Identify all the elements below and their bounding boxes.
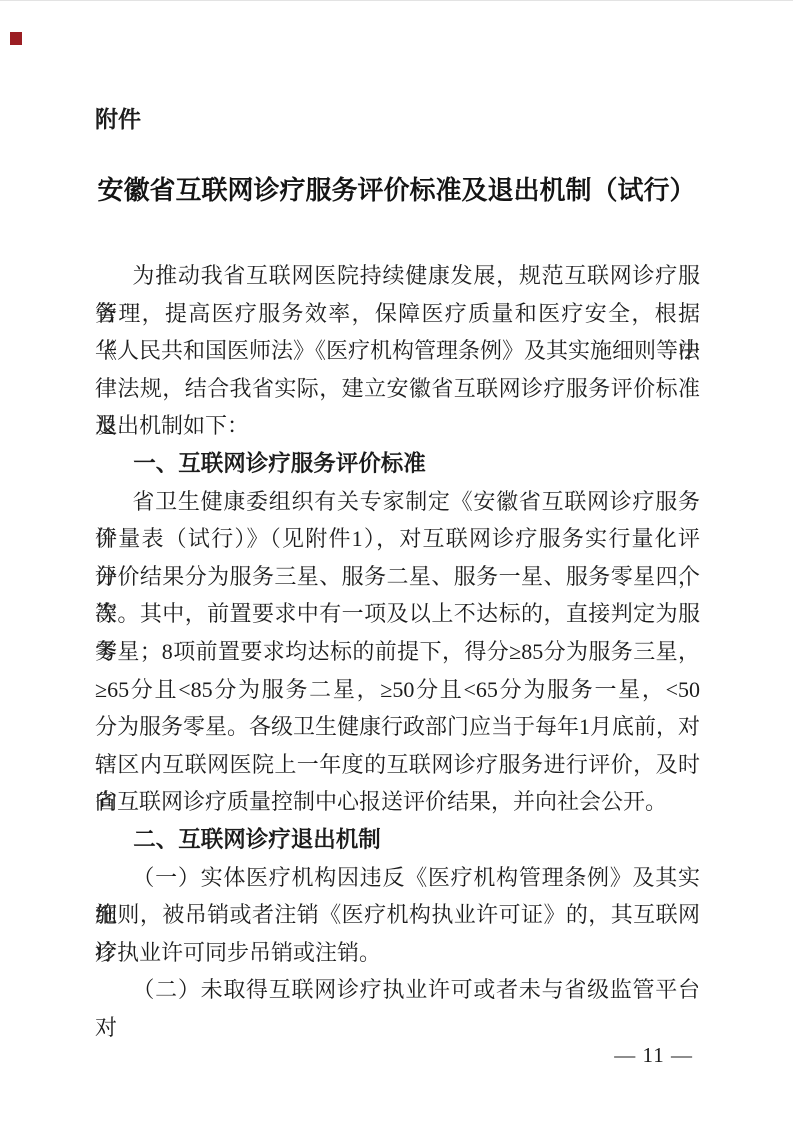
- red-mark: [10, 32, 22, 45]
- doc-line: 省卫生健康委组织有关专家制定《安徽省互联网诊疗服务评: [95, 483, 700, 521]
- document-body: 为推动我省互联网医院持续健康发展，规范互联网诊疗服务 管理，提高医疗服务效率，保…: [95, 257, 700, 1009]
- attachment-label: 附件: [95, 104, 793, 134]
- section-heading-1: 一、互联网诊疗服务评价标准: [95, 445, 700, 483]
- doc-line: 华人民共和国医师法》《医疗机构管理条例》及其实施细则等法: [95, 332, 700, 370]
- doc-line: 为推动我省互联网医院持续健康发展，规范互联网诊疗服务: [95, 257, 700, 295]
- doc-line: 管理，提高医疗服务效率，保障医疗质量和医疗安全，根据《中: [95, 295, 700, 333]
- doc-line: 价量表（试行）》（见附件1），对互联网诊疗服务实行量化评分，: [95, 520, 700, 558]
- doc-line: ≥65分且<85分为服务二星，≥50分且<65分为服务一星，<50: [95, 671, 700, 709]
- document-page: 附件 安徽省互联网诊疗服务评价标准及退出机制（试行） 为推动我省互联网医院持续健…: [0, 0, 793, 1122]
- doc-line: 退出机制如下：: [95, 407, 700, 445]
- doc-title: 安徽省互联网诊疗服务评价标准及退出机制（试行）: [60, 175, 733, 207]
- doc-line: 律法规，结合我省实际，建立安徽省互联网诊疗服务评价标准及: [95, 370, 700, 408]
- doc-line: （二）未取得互联网诊疗执业许可或者未与省级监管平台对: [95, 971, 700, 1009]
- doc-line: 省互联网诊疗质量控制中心报送评价结果，并向社会公开。: [95, 783, 700, 821]
- doc-line: （一）实体医疗机构因违反《医疗机构管理条例》及其实施: [95, 859, 700, 897]
- doc-line: 分为服务零星。各级卫生健康行政部门应当于每年1月底前，对: [95, 708, 700, 746]
- doc-line: 细则，被吊销或者注销《医疗机构执业许可证》的，其互联网诊: [95, 896, 700, 934]
- section-heading-2: 二、互联网诊疗退出机制: [95, 821, 700, 859]
- page-number: — 11 —: [614, 1043, 693, 1067]
- doc-line: 零星；8项前置要求均达标的前提下，得分≥85分为服务三星，: [95, 633, 700, 671]
- doc-line: 疗执业许可同步吊销或注销。: [95, 934, 700, 972]
- doc-line: 次。其中，前置要求中有一项及以上不达标的，直接判定为服务: [95, 595, 700, 633]
- doc-line: 评价结果分为服务三星、服务二星、服务一星、服务零星四个等: [95, 558, 700, 596]
- doc-line: 辖区内互联网医院上一年度的互联网诊疗服务进行评价，及时向: [95, 746, 700, 784]
